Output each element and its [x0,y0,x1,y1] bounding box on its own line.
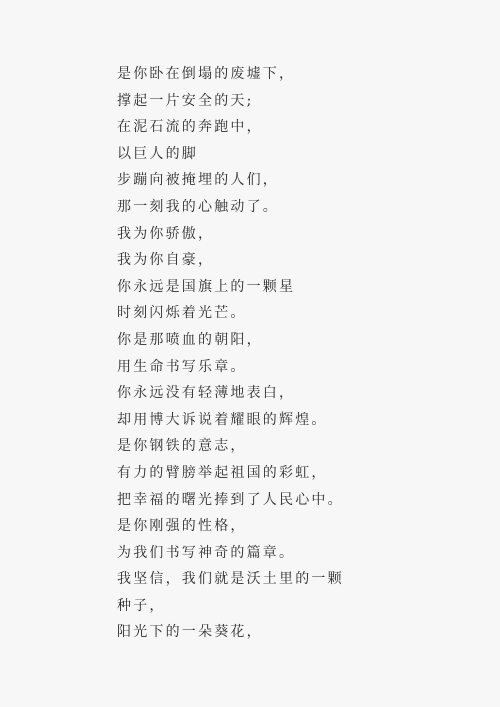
document-page: 是你卧在倒塌的废墟下， 撑起一片安全的天; 在泥石流的奔跑中， 以巨人的脚 步蹦… [0,0,500,707]
poem-line: 是你钢铁的意志， [117,433,344,460]
poem-line: 你是那喷血的朝阳， [117,327,344,354]
poem-line: 步蹦向被掩埋的人们， [117,167,344,194]
poem-line: 我为你自豪， [117,247,344,274]
poem-line: 我为你骄傲， [117,221,344,248]
poem-line: 时刻闪烁着光芒。 [117,300,344,327]
poem-line: 你永远是国旗上的一颗星 [117,274,344,301]
poem-line: 以巨人的脚 [117,141,344,168]
poem-line: 是你卧在倒塌的废墟下， [117,61,344,88]
poem-line: 把幸福的曙光捧到了人民心中。 [117,487,344,514]
poem-line: 你永远没有轻薄地表白， [117,380,344,407]
poem-line: 有力的臂膀举起祖国的彩虹， [117,460,344,487]
poem-text: 是你卧在倒塌的废墟下， 撑起一片安全的天; 在泥石流的奔跑中， 以巨人的脚 步蹦… [117,61,344,646]
poem-line: 种子， [117,593,344,620]
poem-line: 那一刻我的心触动了。 [117,194,344,221]
poem-line: 为我们书写神奇的篇章。 [117,540,344,567]
poem-line: 撑起一片安全的天; [117,88,344,115]
poem-line: 在泥石流的奔跑中， [117,114,344,141]
poem-line: 用生命书写乐章。 [117,354,344,381]
poem-line: 是你刚强的性格， [117,513,344,540]
poem-line: 却用博大诉说着耀眼的辉煌。 [117,407,344,434]
poem-line: 我坚信，我们就是沃土里的一颗 [117,566,344,593]
poem-line: 阳光下的一朵葵花， [117,619,344,646]
